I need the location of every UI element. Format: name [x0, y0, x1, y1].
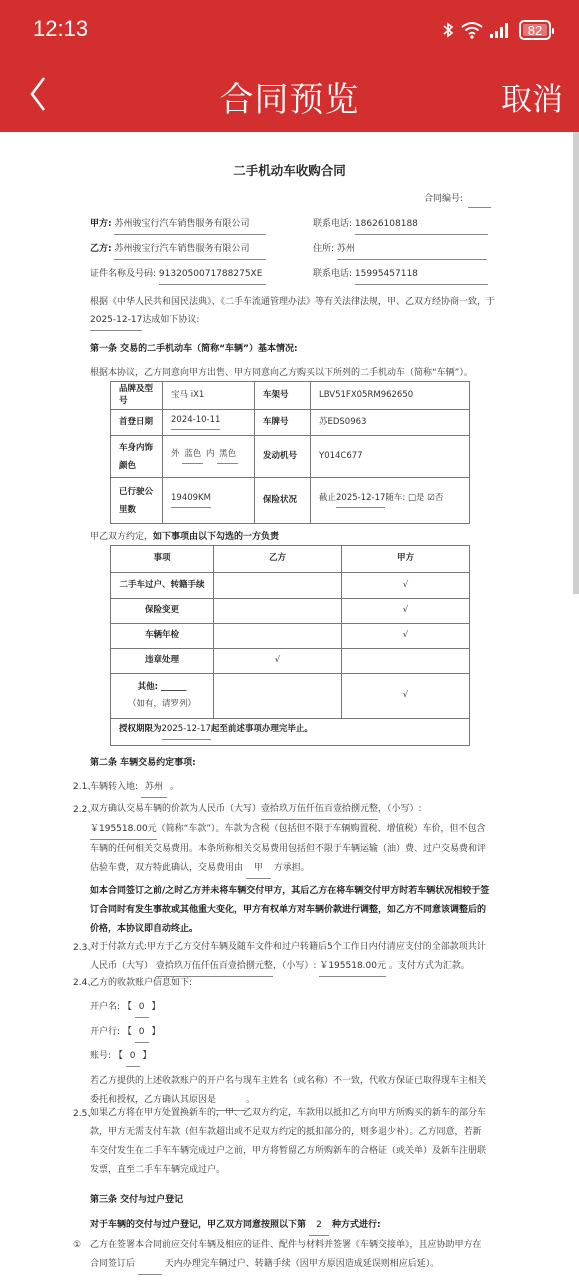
party-a-phone-row: 联系电话: 18626108188 — [313, 219, 488, 235]
item-1-number: ① — [73, 1240, 81, 1252]
duties-intro: 甲乙双方约定，如下事项由以下勾选的一方负责 — [90, 532, 279, 544]
bluetooth-icon — [442, 21, 454, 39]
vehicle-brand: 宝马 iX1 — [163, 382, 255, 410]
clause-2-5: 如果乙方将在甲方处置换新车的，甲、乙双方约定，车款用以抵扣乙方向甲方所购买的新车… — [90, 1104, 490, 1180]
account-no-row: 账号: 【 0 】 — [90, 1051, 151, 1067]
status-time: 12:13 — [33, 16, 88, 42]
duties-table: 事项 乙方 甲方 二手车过户、转籍手续 √ 保险变更 √ 车辆年检 √ 违章处理… — [110, 545, 470, 746]
duty-row: 保险变更 √ — [111, 599, 470, 624]
id-row: 证件名称及号码: 9132050071788275XE — [90, 269, 266, 285]
duty-row: 其他: ______（如有，请罗列） √ — [111, 674, 470, 719]
contract-no-label: 合同编号: — [424, 194, 463, 206]
party-b-address: 苏州 — [337, 244, 487, 260]
duty-row: 违章处理 √ — [111, 649, 470, 674]
status-icons: 82 — [442, 18, 551, 42]
wifi-icon — [461, 21, 483, 39]
contract-title: 二手机动车收购合同 — [0, 163, 579, 179]
article3-title: 第三条 交付与过户登记 — [90, 1195, 183, 1207]
intro-text: 根据《中华人民共和国民法典》、《二手车流通管理办法》等有关法律法规，甲、乙双方经… — [90, 297, 495, 309]
party-b-phone-row: 联系电话: 15995457118 — [313, 269, 488, 285]
insurance-no-checkbox: ☑否 — [427, 493, 443, 503]
ext-color: 蓝色 — [182, 449, 203, 464]
document-scrollbar[interactable] — [573, 132, 579, 594]
clause-2-2-bold: 如本合同签订之前/之时乙方并未将车辆交付甲方，其后乙方在将车辆交付甲方时若车辆状… — [90, 882, 490, 939]
app-header: 12:13 82 合同预览 取消 — [0, 0, 579, 132]
contract-no-field — [468, 207, 491, 208]
party-b-row: 乙方: 苏州骏宝行汽车销售服务有限公司 — [90, 244, 266, 260]
clause-2-3: 对于付款方式:甲方于乙方交付车辆及随车文件和过户转籍后5个工作日内付清应支付的全… — [90, 938, 490, 977]
party-b-value: 苏州骏宝行汽车销售服务有限公司 — [114, 244, 266, 260]
insurance-yes-checkbox: □是 — [408, 493, 425, 503]
vehicle-vin: LBV51FX05RM962650 — [311, 382, 470, 410]
article1-intro: 根据本协议，乙方同意向甲方出售、甲方同意向乙方购买以下所列的二手机动车（简称“车… — [90, 368, 473, 380]
duty-row: 车辆年检 √ — [111, 624, 470, 649]
insurance-status: 截止2025-12-17随车: □是 ☑否 — [311, 478, 470, 524]
vehicle-reg-date: 2024-10-11 — [171, 415, 220, 430]
vehicle-mileage: 19409KM — [171, 493, 211, 508]
cancel-button[interactable]: 取消 — [501, 74, 563, 119]
clause-2-1: 车辆转入地: 苏州 。 — [90, 782, 179, 798]
id-value: 9132050071788275XE — [159, 269, 266, 285]
battery-icon: 82 — [519, 20, 551, 40]
account-bank-row: 开户行: 【 0 】 — [90, 1027, 160, 1043]
signal-icon — [490, 22, 512, 38]
vehicle-plate: 苏EDS0963 — [311, 410, 470, 436]
vehicle-table: 品牌及型号 宝马 iX1 车架号 LBV51FX05RM962650 首登日期 … — [110, 381, 470, 524]
article3-intro: 对于车辆的交付与过户登记，甲乙双方同意按照以下第 2 种方式进行: — [90, 1220, 381, 1236]
party-a-phone: 18626108188 — [355, 219, 488, 235]
vehicle-engine: Y014C677 — [311, 436, 470, 478]
clause-2-4: 乙方的收款账户信息如下: — [90, 978, 192, 990]
auth-period: 授权期限为2025-12-17起至前述事项办理完毕止。 — [111, 719, 470, 746]
duty-row: 二手车过户、转籍手续 √ — [111, 573, 470, 599]
page-title: 合同预览 — [0, 72, 579, 121]
contract-document[interactable]: 二手机动车收购合同 合同编号: 甲方: 苏州骏宝行汽车销售服务有限公司 联系电话… — [0, 132, 579, 1280]
article2-title: 第二条 车辆交易约定事项: — [90, 758, 196, 770]
int-color: 黑色 — [217, 449, 238, 464]
party-a-row: 甲方: 苏州骏宝行汽车销售服务有限公司 — [90, 219, 266, 235]
party-a-value: 苏州骏宝行汽车销售服务有限公司 — [114, 219, 266, 235]
article3-item-1: 乙方在签署本合同前应交付车辆及相应的证件、配件与材料并签署《车辆交接单》，且应协… — [90, 1236, 490, 1275]
article1-title: 第一条 交易的二手机动车（简称“车辆”）基本情况: — [90, 344, 298, 356]
account-name-row: 开户名: 【 0 】 — [90, 1002, 160, 1018]
party-b-phone: 15995457118 — [355, 269, 488, 285]
clause-2-2: 双方确认交易车辆的价款为人民币（大写）壹拾玖万伍仟伍百壹拾捌元整，（小写）: ￥… — [90, 800, 490, 879]
battery-level: 82 — [528, 23, 542, 38]
intro-date-row: 2025-12-17达成如下协议: — [90, 315, 199, 331]
party-b-address-row: 住所: 苏州 — [313, 244, 487, 260]
